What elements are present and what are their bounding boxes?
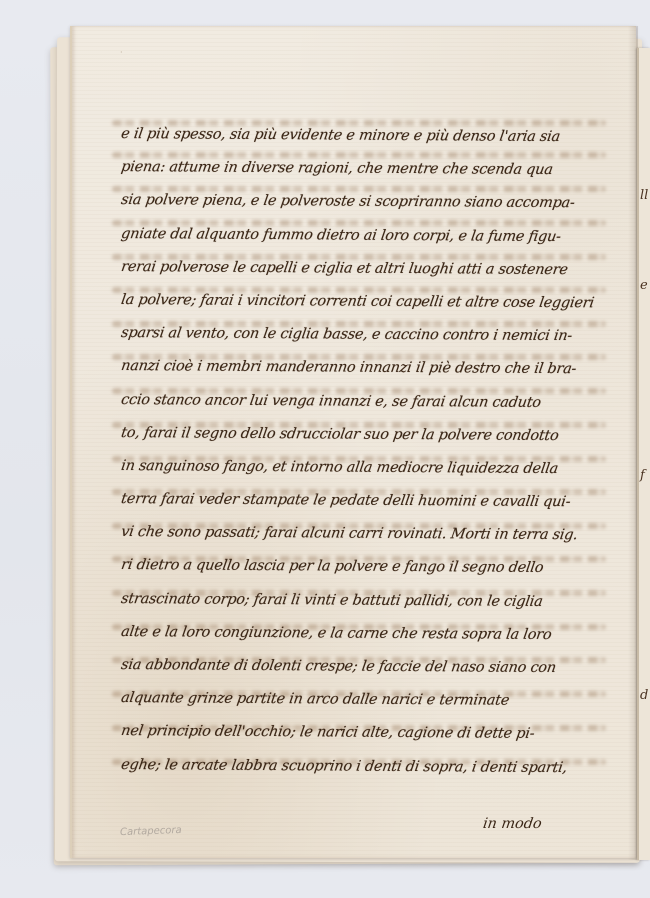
manuscript-page: · e il più spesso, sia più evidente e mi…: [70, 26, 636, 858]
text-line: vi che sono passati; farai alcuni carri …: [118, 524, 628, 561]
pencil-annotation: Cartapecora: [120, 825, 182, 838]
facing-page-edge: ll e f d: [637, 48, 650, 860]
text-line: sia abbondante di dolenti crespe; le fac…: [118, 657, 628, 694]
text-line: rerai polverose le capelli e ciglia et a…: [118, 259, 628, 296]
facing-page-text-fragment: e: [640, 278, 648, 293]
manuscript-text: e il più spesso, sia più evidente e mino…: [120, 126, 626, 790]
text-line: alquante grinze partite in arco dalle na…: [118, 690, 628, 727]
text-line: in sanguinoso fango, et intorno alla med…: [118, 458, 628, 495]
text-line: la polvere; farai i vincitori correnti c…: [118, 292, 628, 329]
text-line: ccio stanco ancor lui venga innanzi e, s…: [118, 392, 628, 429]
text-line: e il più spesso, sia più evidente e mino…: [118, 126, 628, 163]
text-line: sparsi al vento, con le ciglia basse, e …: [118, 325, 628, 362]
text-line: sia polvere piena, e le polveroste si sc…: [118, 192, 628, 229]
text-line: terra farai veder stampate le pedate del…: [118, 491, 628, 528]
text-line: nanzi cioè i membri manderanno innanzi i…: [118, 358, 628, 395]
text-line: alte e la loro congiunzione, e la carne …: [118, 624, 628, 661]
text-line: to, farai il segno dello sdrucciolar suo…: [118, 425, 628, 462]
facing-page-text-fragment: d: [640, 688, 648, 703]
text-line: eghe; le arcate labbra scuoprino i denti…: [118, 757, 628, 794]
text-line: ri dietro a quello lascia per la polvere…: [118, 557, 628, 594]
text-line: gniate dal alquanto fummo dietro ai loro…: [118, 226, 628, 263]
facing-page-text-fragment: ll: [640, 188, 648, 203]
facing-page-text-fragment: f: [640, 468, 645, 483]
text-line: nel principio dell'occhio; le narici alt…: [118, 723, 628, 760]
catchword: in modo: [482, 816, 543, 832]
text-line: piena: attume in diverse ragioni, che me…: [118, 159, 628, 196]
text-line: strascinato corpo; farai li vinti e batt…: [118, 591, 628, 628]
corner-mark: ·: [120, 48, 123, 57]
